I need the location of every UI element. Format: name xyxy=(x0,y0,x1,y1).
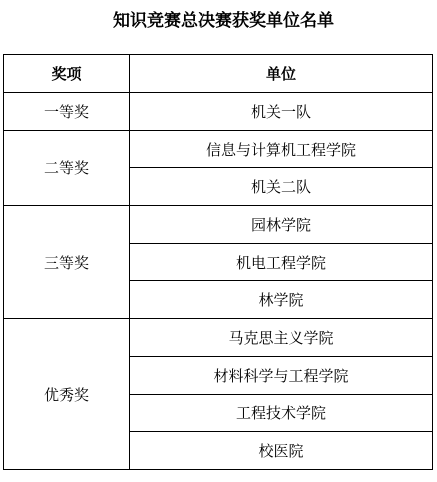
award-table: 奖项 单位 一等奖 机关一队 二等奖 信息与计算机工程学院 机关二队 三等奖 园… xyxy=(3,54,433,470)
award-cell: 二等奖 xyxy=(4,130,130,205)
page-title: 知识竞赛总决赛获奖单位名单 xyxy=(0,9,437,33)
table-row: 二等奖 信息与计算机工程学院 xyxy=(4,130,433,168)
table-row: 一等奖 机关一队 xyxy=(4,93,433,131)
header-unit: 单位 xyxy=(130,55,433,93)
award-cell: 三等奖 xyxy=(4,206,130,319)
unit-cell: 机电工程学院 xyxy=(130,243,433,281)
unit-cell: 林学院 xyxy=(130,281,433,319)
award-cell: 优秀奖 xyxy=(4,319,130,470)
unit-cell: 工程技术学院 xyxy=(130,394,433,432)
unit-cell: 马克思主义学院 xyxy=(130,319,433,357)
unit-cell: 校医院 xyxy=(130,432,433,470)
unit-cell: 信息与计算机工程学院 xyxy=(130,130,433,168)
table-row: 三等奖 园林学院 xyxy=(4,206,433,244)
header-award: 奖项 xyxy=(4,55,130,93)
table-row: 优秀奖 马克思主义学院 xyxy=(4,319,433,357)
unit-cell: 材料科学与工程学院 xyxy=(130,356,433,394)
unit-cell: 园林学院 xyxy=(130,206,433,244)
award-cell: 一等奖 xyxy=(4,93,130,131)
table-header-row: 奖项 单位 xyxy=(4,55,433,93)
unit-cell: 机关一队 xyxy=(130,93,433,131)
unit-cell: 机关二队 xyxy=(130,168,433,206)
